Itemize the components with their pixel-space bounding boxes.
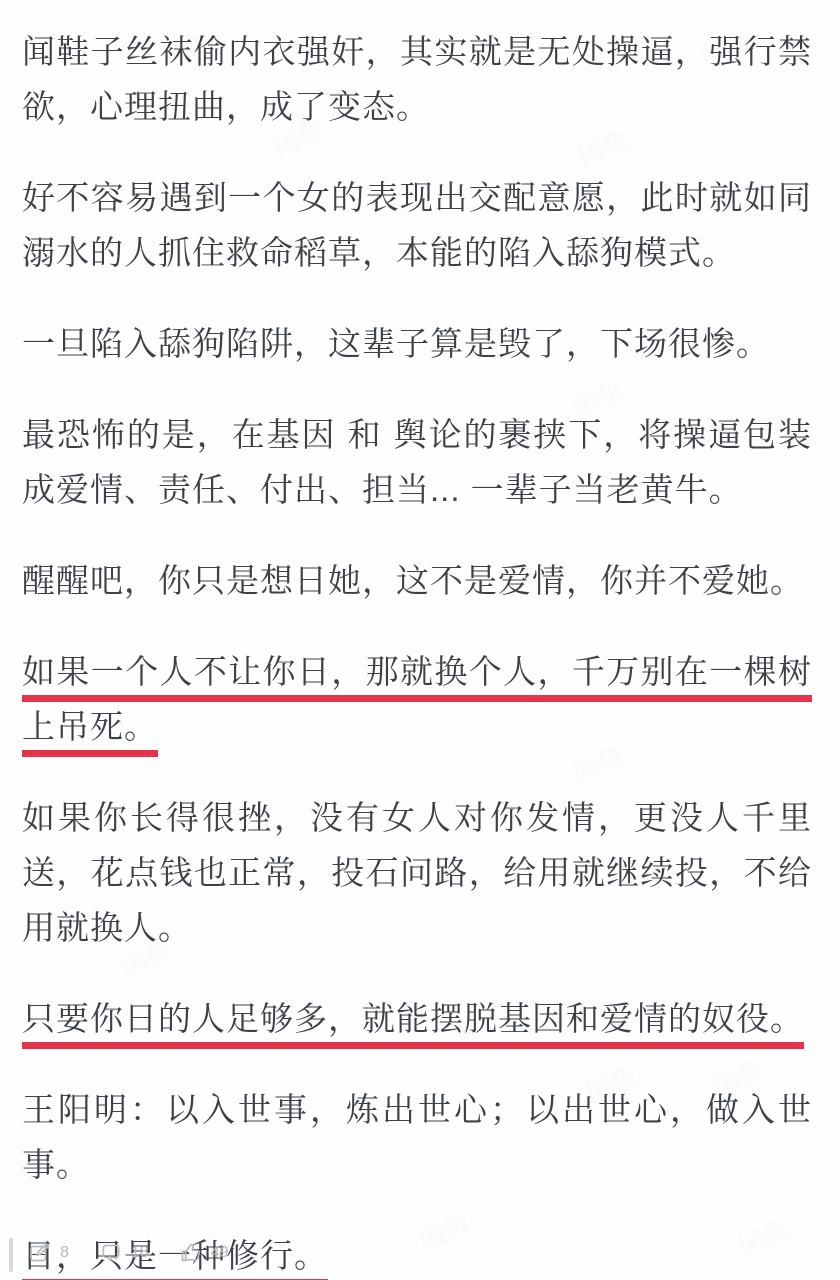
post-paragraph: 好不容易遇到一个女的表现出交配意愿，此时就如同溺水的人抓住救命稻草，本能的陷入舔… [22, 170, 812, 280]
post-paragraph: 如果你长得很挫，没有女人对你发情，更没人千里送，花点钱也正常，投石问路，给用就继… [22, 790, 812, 955]
post-page: 闲鱼 闲鱼 闲鱼 闲鱼 闲鱼 闲鱼 闲鱼 闲鱼 闲鱼 闲鱼 闻鞋子丝袜偷内衣强奸… [0, 0, 840, 1280]
like-button[interactable]: 49 [179, 1241, 229, 1264]
post-paragraph: 一旦陷入舔狗陷阱，这辈子算是毁了，下场很惨。 [22, 316, 812, 371]
post-paragraph: 最恐怖的是，在基因 和 舆论的裹挟下，将操逼包装成爱情、责任、付出、担当... … [22, 407, 812, 517]
comment-button[interactable]: 18 [99, 1241, 149, 1264]
repost-icon [28, 1241, 51, 1264]
repost-count: 8 [60, 1244, 69, 1262]
comment-count: 18 [131, 1244, 149, 1262]
thumbs-up-icon [179, 1241, 202, 1264]
repost-button[interactable]: 8 [28, 1241, 69, 1264]
post-stats-bar: 8 18 49 [28, 1241, 229, 1264]
comment-icon [99, 1241, 122, 1264]
post-paragraph-underlined: 如果一个人不让你日，那就换个人，千万别在一棵树上吊死。 [22, 644, 812, 754]
post-paragraph: 王阳明：以入世事，炼出世心；以出世心，做入世事。 [22, 1082, 812, 1192]
screen-edge-artifact [9, 1238, 13, 1272]
like-count: 49 [211, 1244, 229, 1262]
post-paragraph: 醒醒吧，你只是想日她，这不是爱情，你并不爱她。 [22, 553, 812, 608]
post-paragraph: 闻鞋子丝袜偷内衣强奸，其实就是无处操逼，强行禁欲，心理扭曲，成了变态。 [22, 24, 812, 134]
post-paragraph-underlined: 只要你日的人足够多，就能摆脱基因和爱情的奴役。 [22, 991, 812, 1046]
